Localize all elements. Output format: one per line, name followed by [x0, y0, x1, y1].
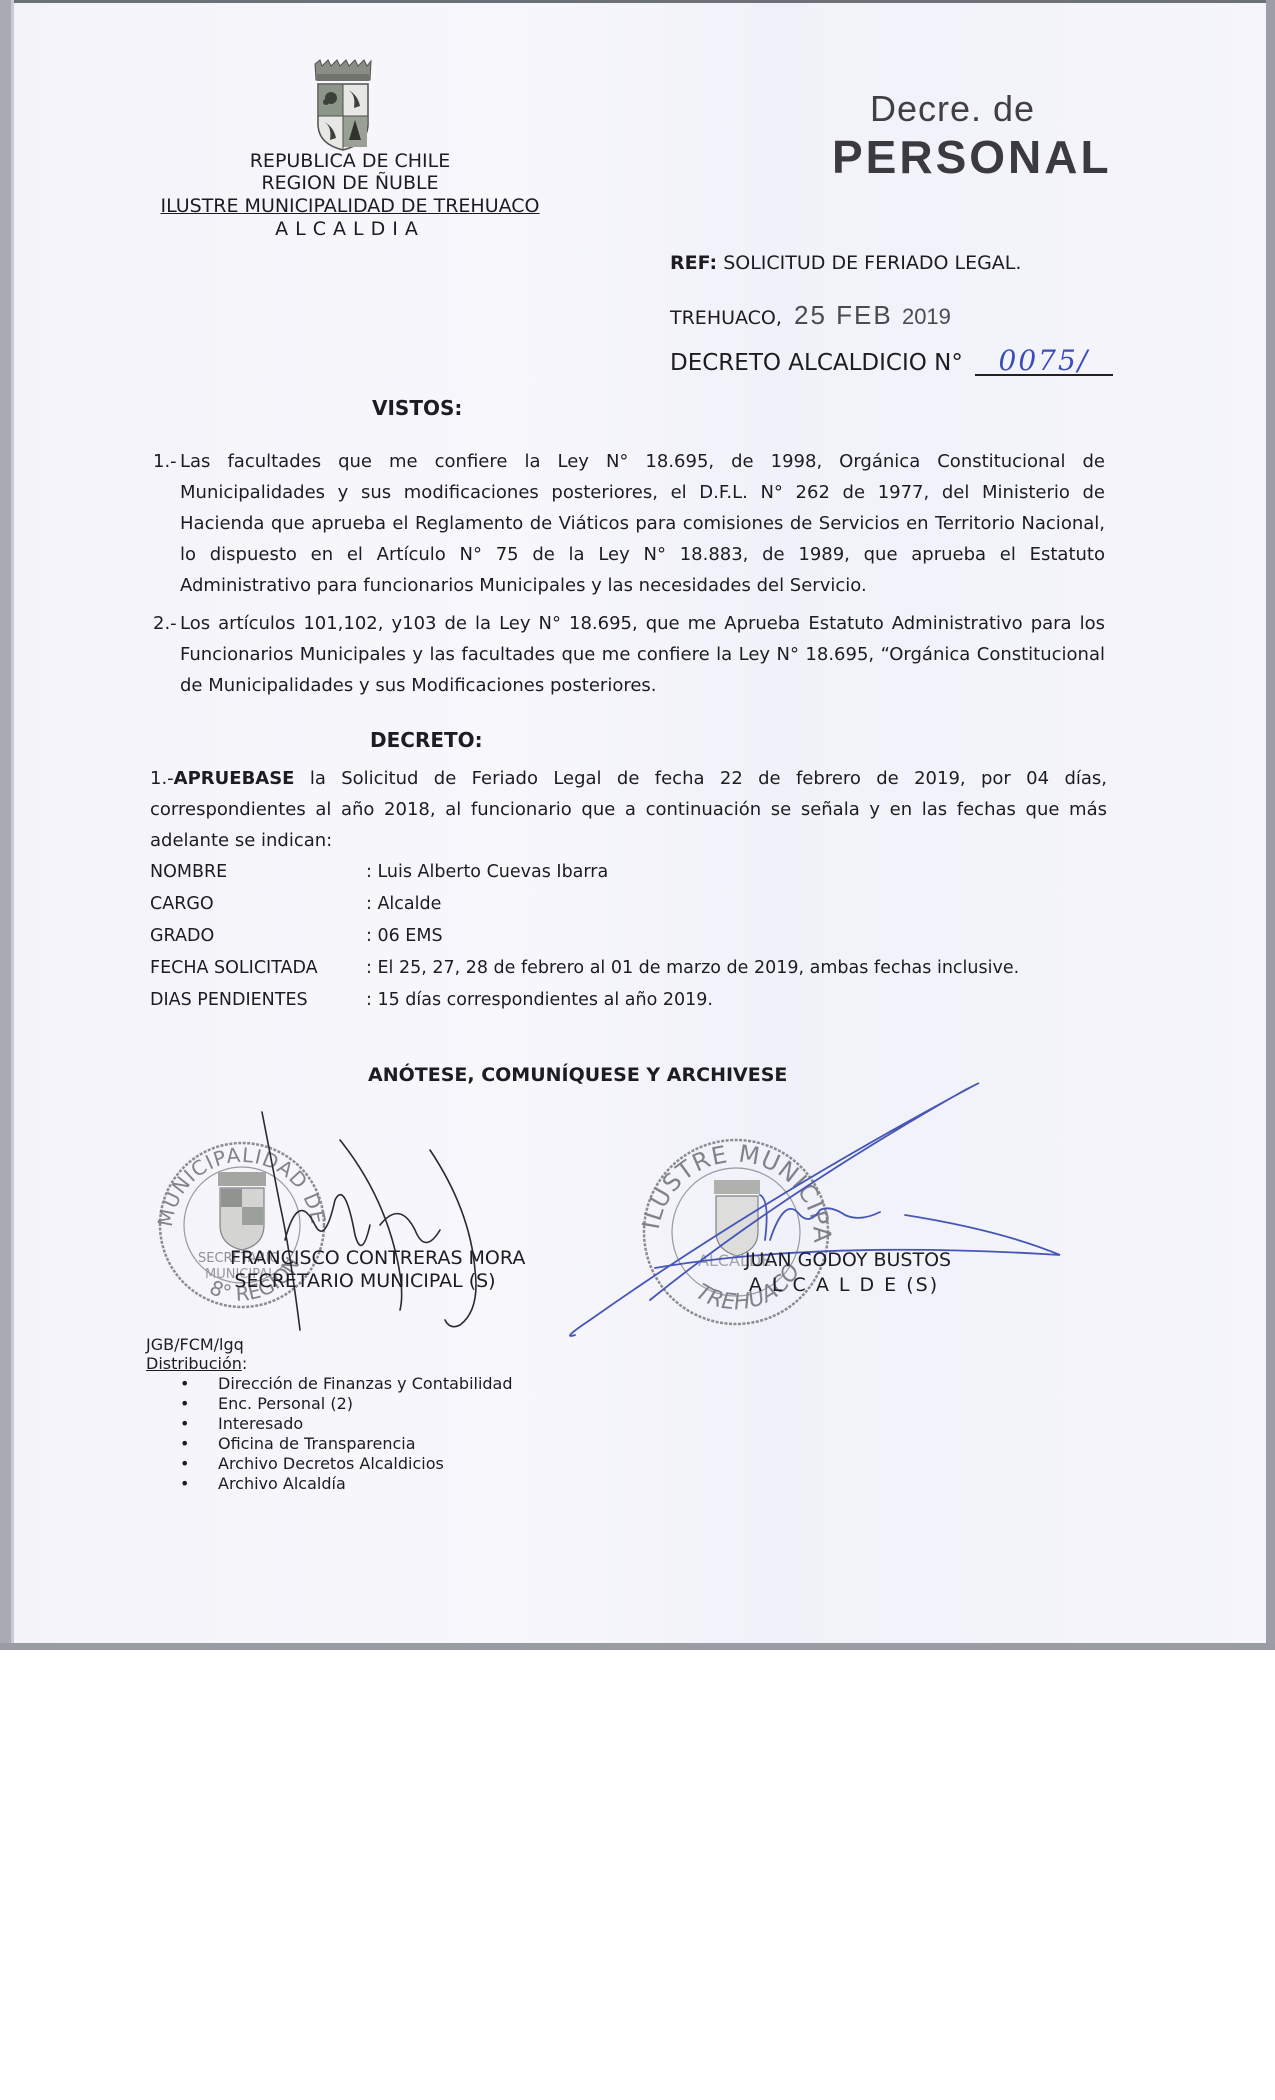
- place: TREHUACO,: [670, 307, 782, 329]
- detail-label: NOMBRE: [150, 862, 370, 882]
- decreto-item-1: 1.-APRUEBASE la Solicitud de Feriado Leg…: [150, 763, 1110, 833]
- date-year: 2019: [902, 304, 951, 329]
- decreto-item-keyword: APRUEBASE: [174, 768, 295, 789]
- place-date-line: TREHUACO, 25 FEB 2019: [670, 300, 951, 331]
- distribution-item: Dirección de Finanzas y Contabilidad: [180, 1374, 513, 1394]
- decree-number-label: DECRETO ALCALDICIO N°: [670, 350, 963, 376]
- scan-edge-right: [1266, 0, 1275, 1650]
- distribution-list: Dirección de Finanzas y Contabilidad Enc…: [180, 1374, 513, 1494]
- header-office: ALCALDIA: [150, 218, 550, 241]
- signer-left-title: SECRETARIO MUNICIPAL (S): [230, 1270, 500, 1292]
- coat-of-arms-icon: [312, 58, 374, 152]
- detail-value: : 06 EMS: [366, 926, 443, 946]
- distribution-item: Archivo Alcaldía: [180, 1474, 513, 1494]
- header-municipality: ILUSTRE MUNICIPALIDAD DE TREHUACO: [150, 195, 550, 218]
- distribution-item: Enc. Personal (2): [180, 1394, 513, 1414]
- vistos-item-1: 1.- Las facultades que me confiere la Le…: [153, 446, 1113, 606]
- decree-number-value: 0075/: [975, 348, 1113, 376]
- reference-text: SOLICITUD DE FERIADO LEGAL.: [723, 252, 1021, 274]
- decreto-item-text: 1.-APRUEBASE la Solicitud de Feriado Leg…: [150, 763, 1107, 856]
- reference-label: REF:: [670, 252, 717, 274]
- distribution-label: Distribución:: [146, 1354, 247, 1373]
- closing-formula: ANÓTESE, COMUNÍQUESE Y ARCHIVESE: [368, 1064, 787, 1086]
- distribution-item: Interesado: [180, 1414, 513, 1434]
- scan-edge-bottom: [0, 1643, 1275, 1650]
- typist-initials: JGB/FCM/lgq: [146, 1335, 244, 1354]
- detail-value: : Alcalde: [366, 894, 441, 914]
- scan-edge-top: [14, 0, 1266, 3]
- signer-right-name: JUAN GODOY BUSTOS: [728, 1249, 968, 1271]
- detail-value: : Luis Alberto Cuevas Ibarra: [366, 862, 608, 882]
- distribution-label-text: Distribución: [146, 1354, 242, 1373]
- vistos-item-number: 1.-: [153, 446, 177, 477]
- detail-label: DIAS PENDIENTES: [150, 990, 370, 1010]
- stamp-personal: PERSONAL: [832, 130, 1112, 184]
- detail-label: FECHA SOLICITADA: [150, 958, 370, 978]
- decreto-item-body: la Solicitud de Feriado Legal de fecha 2…: [150, 768, 1107, 851]
- date-month: FEB: [836, 300, 893, 330]
- decreto-item-number: 1.-: [150, 768, 174, 789]
- header-region: REGION DE ÑUBLE: [150, 172, 550, 195]
- detail-label: GRADO: [150, 926, 370, 946]
- stamp-decre-de: Decre. de: [870, 88, 1035, 130]
- distribution-item: Archivo Decretos Alcaldicios: [180, 1454, 513, 1474]
- detail-value: : El 25, 27, 28 de febrero al 01 de marz…: [366, 958, 1019, 978]
- vistos-heading: VISTOS:: [372, 396, 462, 420]
- scan-edge-left: [0, 0, 14, 1650]
- vistos-item-2: 2.- Los artículos 101,102, y103 de la Le…: [153, 608, 1113, 708]
- signer-right-title: A L C A L D E (S): [744, 1274, 944, 1296]
- detail-label: CARGO: [150, 894, 370, 914]
- vistos-item-number: 2.-: [153, 608, 177, 639]
- detail-value: : 15 días correspondientes al año 2019.: [366, 990, 713, 1010]
- vistos-item-text: Los artículos 101,102, y103 de la Ley N°…: [180, 608, 1105, 701]
- decreto-heading: DECRETO:: [370, 728, 483, 752]
- distribution-item: Oficina de Transparencia: [180, 1434, 513, 1454]
- date-stamp: 25 FEB 2019: [794, 300, 951, 330]
- date-day: 25: [794, 300, 827, 330]
- reference-line: REF: SOLICITUD DE FERIADO LEGAL.: [670, 252, 1021, 274]
- header-country: REPUBLICA DE CHILE: [150, 150, 550, 173]
- signer-left-name: FRANCISCO CONTRERAS MORA: [230, 1247, 500, 1269]
- decree-number-line: DECRETO ALCALDICIO N°0075/: [670, 348, 1113, 376]
- vistos-item-text: Las facultades que me confiere la Ley N°…: [180, 446, 1105, 601]
